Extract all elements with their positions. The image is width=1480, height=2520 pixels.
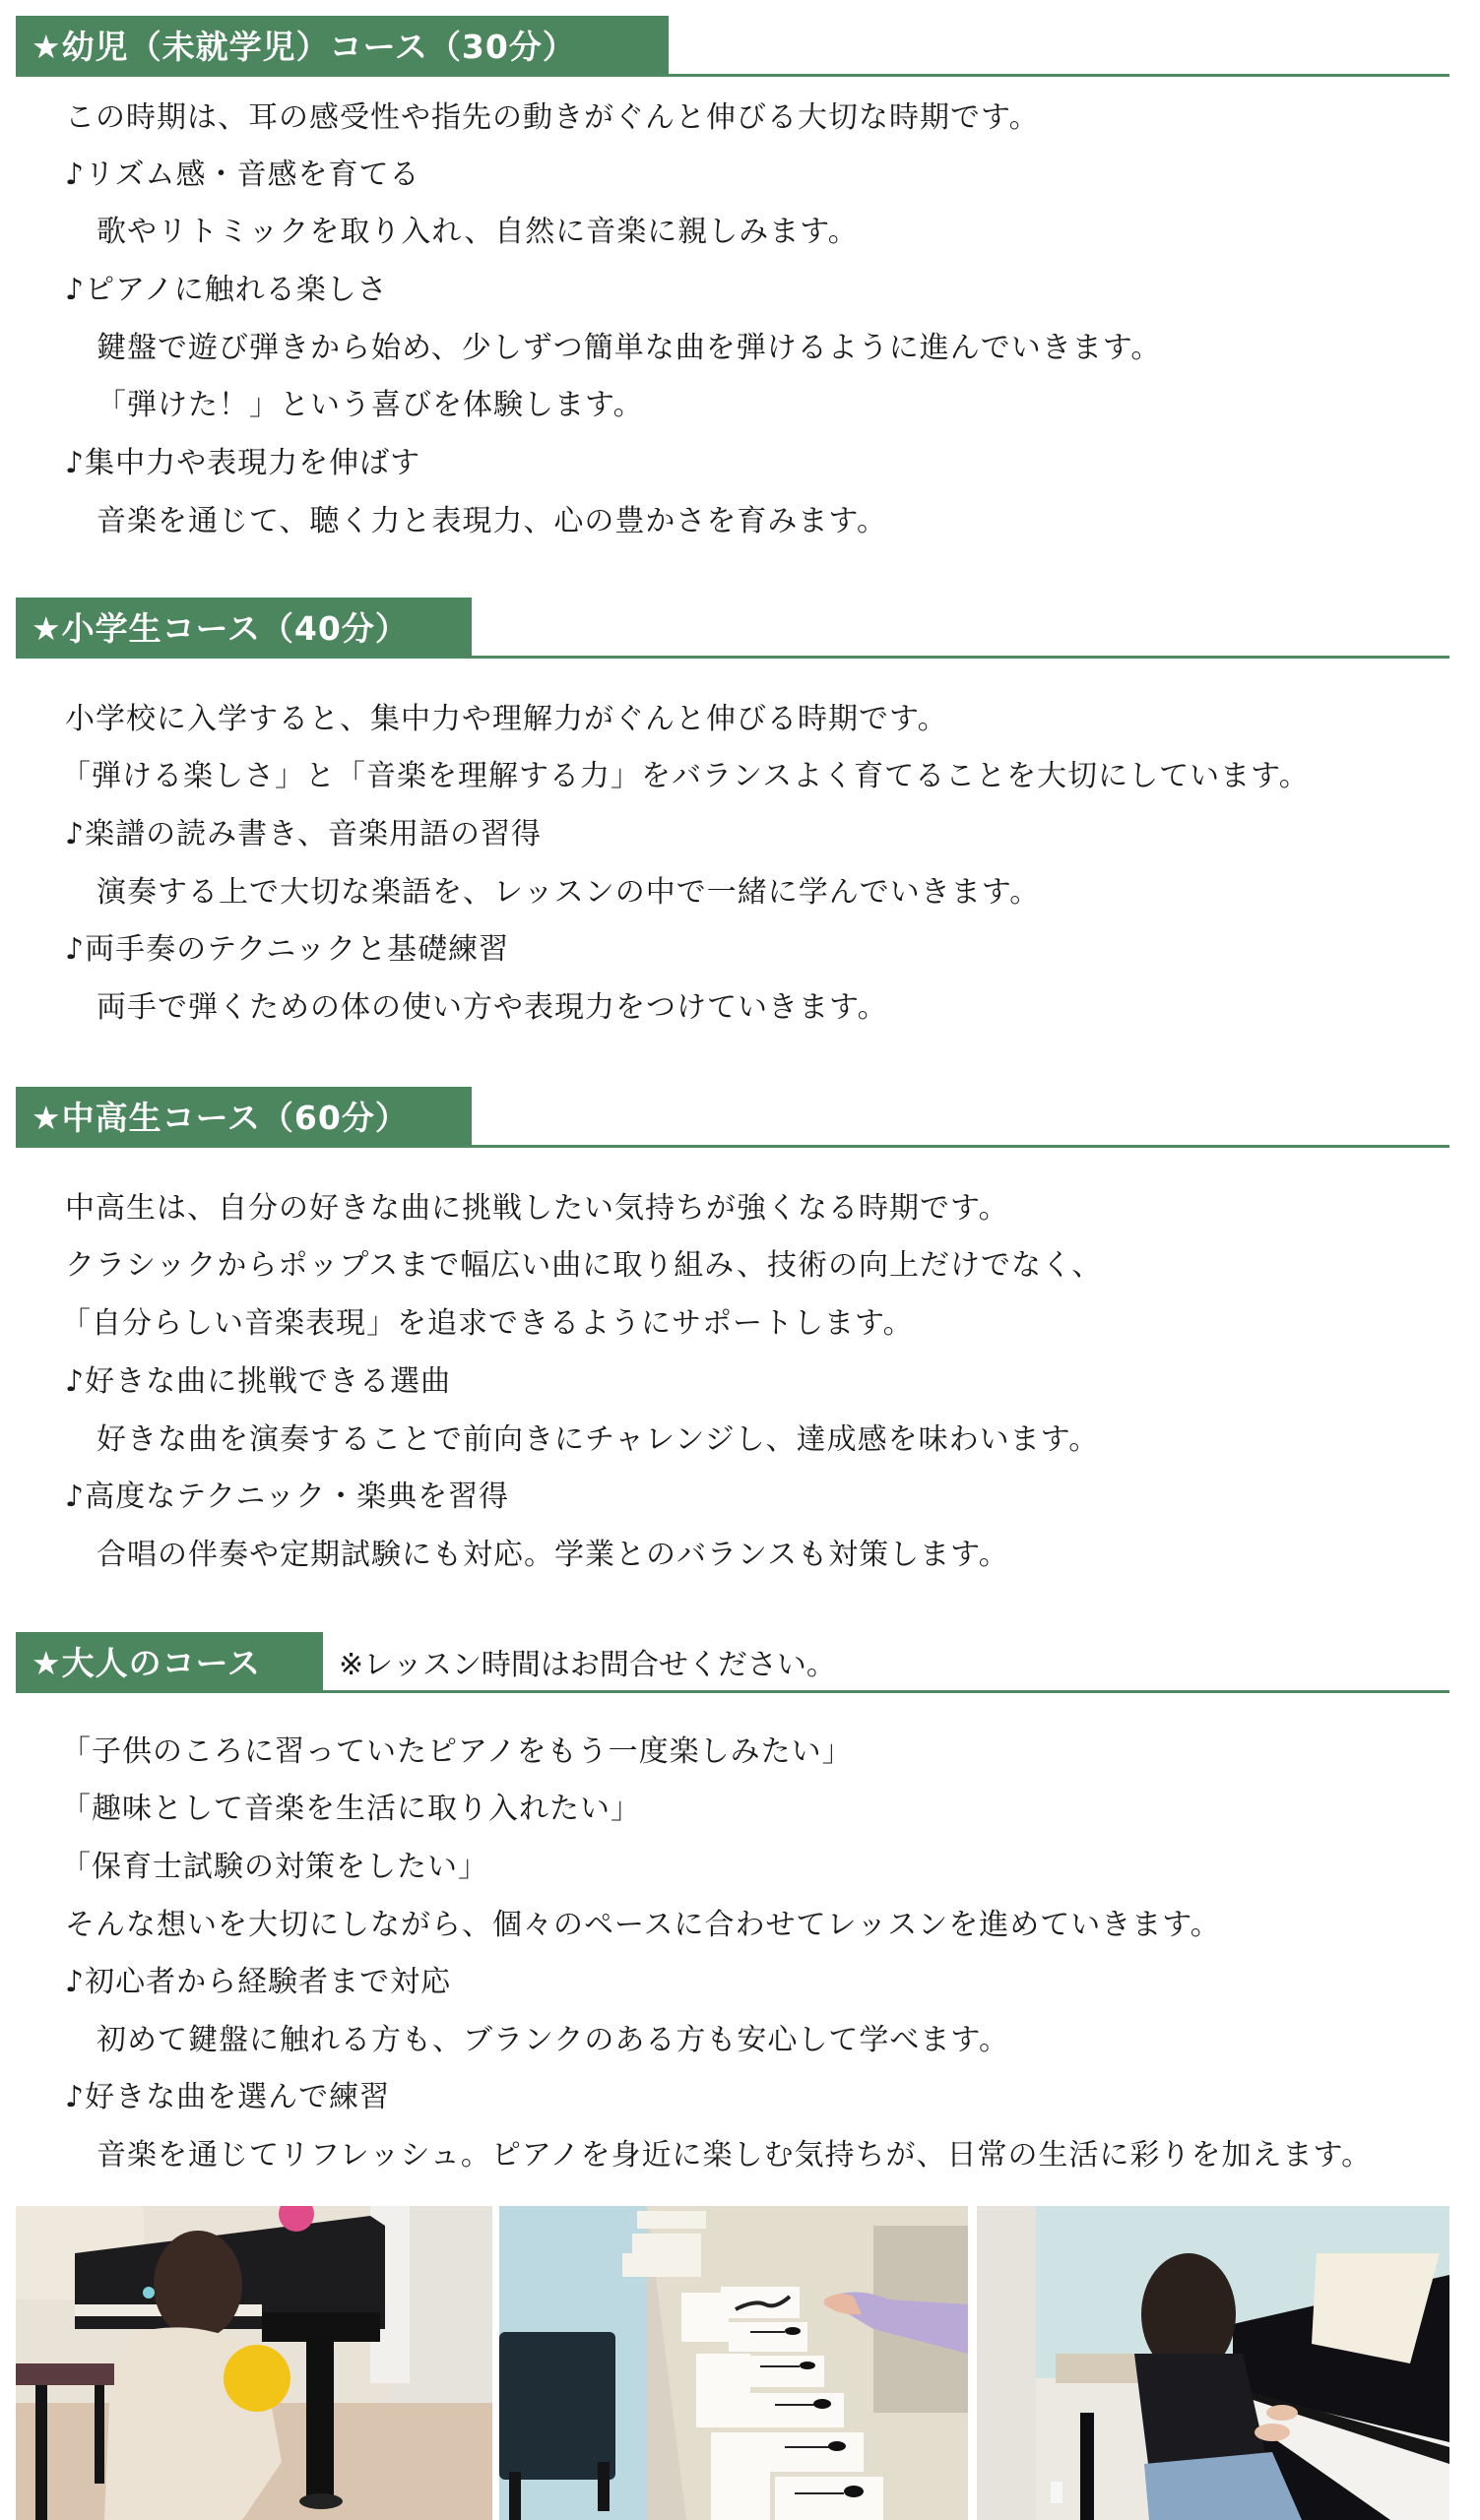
feature-description: 音楽を通じてリフレッシュ。ピアノを身近に楽しむ気持ちが、日常の生活に彩りを加えま… [97, 2136, 1372, 2175]
section-title: ★中高生コース（60分） [16, 1087, 472, 1145]
body-text: 「自分らしい音楽表現」を追求できるようにサポートします。 [61, 1304, 914, 1344]
section-title: ★幼児（未就学児）コース（30分） [16, 16, 669, 74]
photo-note-cards [499, 2206, 968, 2520]
feature-description: 合唱の伴奏や定期試験にも対応。学業とのバランスも対策します。 [97, 1536, 1009, 1575]
feature-heading: ♪高度なテクニック・楽典を習得 [65, 1478, 509, 1517]
feature-description: 両手で弾くための体の使い方や表現力をつけていきます。 [97, 988, 888, 1028]
section-title: ★大人のコース [16, 1632, 323, 1690]
body-text: 小学校に入学すると、集中力や理解力がぐんと伸びる時期です。 [65, 700, 948, 739]
feature-description: 「弾けた！」という喜びを体験します。 [97, 386, 644, 425]
body-text: そんな想いを大切にしながら、個々のペースに合わせてレッスンを進めていきます。 [65, 1906, 1221, 1945]
body-text: 「弾ける楽しさ」と「音楽を理解する力」をバランスよく育てることを大切にしています… [61, 757, 1310, 796]
photo-note-cards-image [499, 2206, 968, 2520]
feature-heading: ♪リズム感・音感を育てる [65, 156, 420, 195]
feature-heading: ♪好きな曲に挑戦できる選曲 [65, 1362, 451, 1402]
feature-heading: ♪両手奏のテクニックと基礎練習 [65, 930, 509, 970]
feature-description: 鍵盤で遊び弾きから始め、少しずつ簡単な曲を弾けるように進んでいきます。 [97, 329, 1161, 368]
section-header-elementary: ★小学生コース（40分） [16, 598, 1449, 659]
section-title: ★小学生コース（40分） [16, 598, 472, 656]
photo-child-with-ball [16, 2206, 492, 2520]
feature-description: 演奏する上で大切な楽語を、レッスンの中で一緒に学んでいきます。 [97, 873, 1040, 913]
feature-description: 初めて鍵盤に触れる方も、ブランクのある方も安心して学べます。 [97, 2021, 1009, 2060]
feature-description: 好きな曲を演奏することで前向きにチャレンジし、達成感を味わいます。 [97, 1420, 1099, 1460]
body-text: この時期は、耳の感受性や指先の動きがぐんと伸びる大切な時期です。 [65, 98, 1040, 138]
feature-description: 歌やリトミックを取り入れ、自然に音楽に親しみます。 [97, 213, 859, 252]
body-text: クラシックからポップスまで幅広い曲に取り組み、技術の向上だけでなく、 [65, 1246, 1102, 1286]
feature-description: 音楽を通じて、聴く力と表現力、心の豊かさを育みます。 [97, 502, 887, 541]
feature-heading: ♪好きな曲を選んで練習 [65, 2078, 390, 2117]
photo-child-with-ball-image [16, 2206, 492, 2520]
body-text: 「子供のころに習っていたピアノをもう一度楽しみたい」 [61, 1732, 853, 1772]
section-header-adult: ★大人のコース ※レッスン時間はお問合せください。 [16, 1632, 1449, 1693]
feature-heading: ♪ピアノに触れる楽しさ [65, 271, 388, 310]
section-header-junior-high: ★中高生コース（60分） [16, 1087, 1449, 1148]
photo-student-playing-piano-image [977, 2206, 1449, 2520]
body-text: 「保育士試験の対策をしたい」 [61, 1848, 488, 1887]
feature-heading: ♪初心者から経験者まで対応 [65, 1963, 451, 2002]
photo-student-playing-piano [977, 2206, 1449, 2520]
feature-heading: ♪楽譜の読み書き、音楽用語の習得 [65, 815, 542, 854]
body-text: 「趣味として音楽を生活に取り入れたい」 [61, 1790, 641, 1829]
body-text: 中高生は、自分の好きな曲に挑戦したい気持ちが強くなる時期です。 [65, 1189, 1009, 1228]
feature-heading: ♪集中力や表現力を伸ばす [65, 444, 420, 483]
section-header-preschool: ★幼児（未就学児）コース（30分） [16, 16, 1449, 77]
section-note: ※レッスン時間はお問合せください。 [323, 1632, 836, 1690]
